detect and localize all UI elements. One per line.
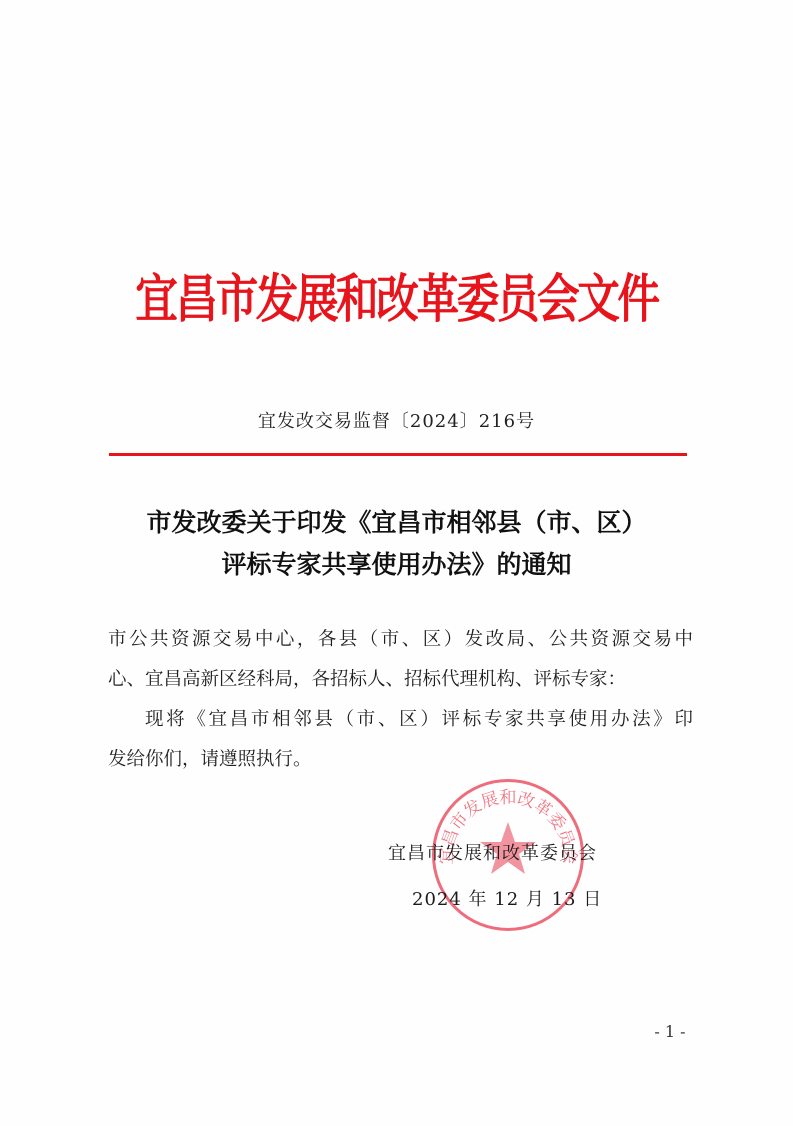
document-number: 宜发改交易监督〔2024〕216号 (0, 408, 793, 436)
red-divider-line (109, 453, 687, 456)
instruction-line-1: 现将《宜昌市相邻县（市、区）评标专家共享使用办法》印 (108, 700, 693, 740)
title-line-2: 评标专家共享使用办法》的通知 (0, 544, 793, 586)
issue-date: 2024 年 12 月 13 日 (388, 886, 648, 914)
document-page: 宜昌市发展和改革委员会文件 宜发改交易监督〔2024〕216号 市发改委关于印发… (0, 0, 793, 1126)
recipients-line-1: 市公共资源交易中心，各县（市、区）发改局、公共资源交易中 (108, 620, 693, 660)
instruction-line-2: 发给你们，请遵照执行。 (108, 740, 693, 780)
title-line-1: 市发改委关于印发《宜昌市相邻县（市、区） (0, 502, 793, 544)
signature-block: 宜昌市发展和改革委员会 2024 年 12 月 13 日 (388, 840, 648, 914)
document-body: 市公共资源交易中心，各县（市、区）发改局、公共资源交易中 心、宜昌高新区经科局，… (108, 620, 693, 780)
issuing-organization: 宜昌市发展和改革委员会 (388, 840, 648, 868)
document-title: 市发改委关于印发《宜昌市相邻县（市、区） 评标专家共享使用办法》的通知 (0, 502, 793, 586)
recipients-line-2: 心、宜昌高新区经科局，各招标人、招标代理机构、评标专家： (108, 660, 693, 700)
page-number: - 1 - (640, 1020, 700, 1044)
masthead-title: 宜昌市发展和改革委员会文件 (71, 262, 721, 338)
